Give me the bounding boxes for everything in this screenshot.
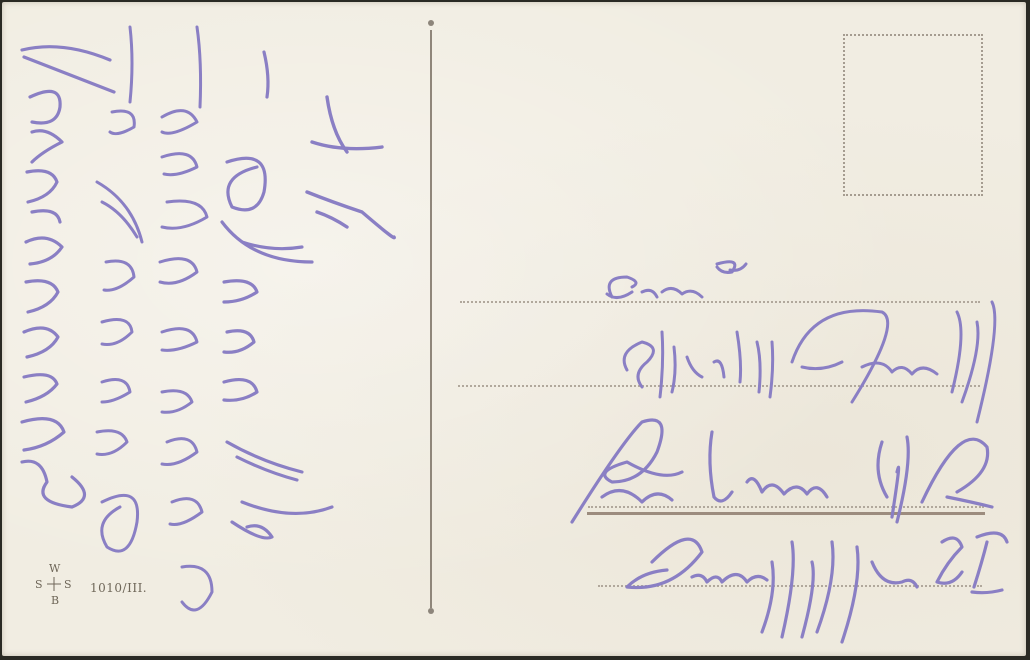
address-line-3 [588,506,984,508]
publisher-code: 1010/III. [90,581,147,595]
address-line-4 [598,585,982,587]
address-line-1 [460,301,980,303]
publisher-mark-s-right: S [64,578,72,591]
publisher-logo: W S S B [32,562,82,612]
message-line-4 [222,52,332,538]
publisher-mark-w: W [49,562,60,575]
stamp-box [843,34,983,196]
postcard: W S S B 1010/III. [2,2,1026,656]
address-underline [587,512,985,515]
publisher-mark-cross-icon [47,577,61,594]
center-divider-line [430,30,432,608]
publisher-mark-b: B [51,594,59,607]
divider-top-dot [428,20,434,26]
publisher-mark-s-left: S [35,578,43,591]
divider-bottom-dot [428,608,434,614]
address-line-2 [458,385,980,387]
address-street [627,533,1007,642]
